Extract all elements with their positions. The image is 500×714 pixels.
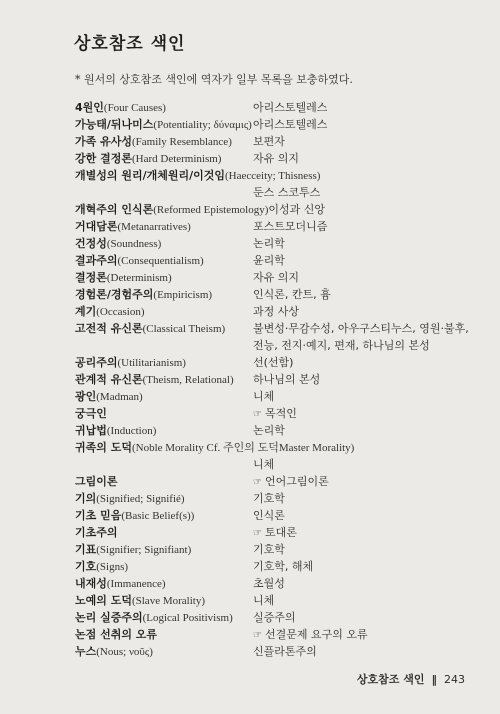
term-english: (Theism, Relational)	[143, 374, 234, 386]
index-row: 강한 결정론(Hard Determinism) 자유 의지	[75, 150, 470, 167]
footer-page-number: 243	[444, 673, 465, 686]
index-reference: 실증주의	[253, 609, 296, 626]
reference-text: 보편자	[253, 135, 285, 148]
index-term: 건정성(Soundness)	[75, 235, 253, 253]
cross-reference-arrow-icon: ☞	[253, 528, 262, 539]
index-reference: 윤리학	[253, 252, 285, 269]
term-english: (Empiricism)	[153, 289, 212, 301]
term-korean: 기초주의	[75, 526, 118, 539]
term-korean: 궁극인	[75, 407, 107, 420]
book-page: 상호참조 색인 * 원서의 상호참조 색인에 역자가 일부 목록을 보충하였다.…	[0, 0, 500, 714]
term-english: (Four Causes)	[104, 102, 166, 114]
page-footer: 상호참조 색인‖243	[357, 671, 465, 687]
index-row: 노예의 도덕(Slave Morality) 니체	[75, 592, 470, 609]
index-term: 논리 실증주의(Logical Positivism)	[75, 609, 253, 627]
index-reference: 이성과 신앙	[268, 201, 325, 218]
index-term: 내재성(Immanence)	[75, 575, 253, 593]
index-reference: 니체	[253, 592, 274, 609]
index-row: 내재성(Immanence) 초월성	[75, 575, 470, 592]
term-english: (Hard Determinism)	[132, 153, 222, 165]
term-korean: 내재성	[75, 577, 107, 590]
index-reference: 기호학	[253, 541, 285, 558]
index-reference: 인식론, 칸트, 흄	[253, 286, 331, 303]
index-term: 경험론/경험주의(Empiricism)	[75, 286, 253, 304]
index-row: 가능태/뒤나미스(Potentiality; δύναμις) 아리스토텔레스	[75, 116, 470, 133]
reference-text: 윤리학	[253, 254, 285, 267]
term-korean: 경험론/경험주의	[75, 288, 153, 301]
reference-text: 선(선함)	[253, 356, 293, 369]
reference-text: 초월성	[253, 577, 285, 590]
reference-text: 선결문제 요구의 오류	[265, 628, 368, 641]
term-korean: 논리 실증주의	[75, 611, 143, 624]
index-reference: ☞토대론	[253, 524, 297, 542]
reference-text: 니체	[253, 594, 274, 607]
index-reference: 자유 의지	[253, 269, 299, 286]
reference-text: 목적인	[265, 407, 297, 420]
term-english: (Noble Morality Cf. 주인의 도덕Master Moralit…	[132, 442, 354, 454]
term-korean: 계기	[75, 305, 96, 318]
index-term: 귀납법(Induction)	[75, 422, 253, 440]
term-korean: 관계적 유신론	[75, 373, 143, 386]
index-reference: 과정 사상	[253, 303, 299, 320]
term-korean: 강한 결정론	[75, 152, 132, 165]
index-term: 결과주의(Consequentialism)	[75, 252, 253, 270]
index-term: 관계적 유신론(Theism, Relational)	[75, 371, 253, 389]
index-row: 광인(Madman) 니체	[75, 388, 470, 405]
reference-text: 아리스토텔레스	[253, 118, 327, 131]
reference-text: 니체	[253, 390, 274, 403]
cross-reference-arrow-icon: ☞	[253, 477, 262, 488]
term-english: (Immanence)	[107, 578, 166, 590]
index-row: 논리 실증주의(Logical Positivism) 실증주의	[75, 609, 470, 626]
reference-text: 자유 의지	[253, 271, 299, 284]
index-row: 결과주의(Consequentialism) 윤리학	[75, 252, 470, 269]
index-reference: 논리학	[253, 235, 285, 252]
term-english: (Soundness)	[107, 238, 161, 250]
term-korean: 4원인	[75, 101, 104, 114]
index-reference: 초월성	[253, 575, 285, 592]
index-row: 기의(Signified; Signifié) 기호학	[75, 490, 470, 507]
index-row: 계기(Occasion) 과정 사상	[75, 303, 470, 320]
index-reference: 전능, 전지·예지, 편재, 하나님의 본성	[253, 337, 430, 354]
index-term: 광인(Madman)	[75, 388, 253, 406]
index-reference: 선(선함)	[253, 354, 293, 371]
reference-text: 실증주의	[253, 611, 296, 624]
index-reference: ☞언어그림이론	[253, 473, 329, 491]
index-term: 기초주의	[75, 524, 253, 542]
term-korean: 공리주의	[75, 356, 118, 369]
term-english: (Haecceity; Thisness)	[225, 170, 320, 182]
index-reference: ☞선결문제 요구의 오류	[253, 626, 368, 644]
reference-text: 포스트모더니즘	[253, 220, 327, 233]
index-term: 기표(Signifier; Signifiant)	[75, 541, 253, 559]
term-korean: 기초 믿음	[75, 509, 121, 522]
index-row: 개혁주의 인식론(Reformed Epistemology) 이성과 신앙	[75, 201, 470, 218]
index-reference: 하나님의 본성	[253, 371, 320, 388]
index-term: 기의(Signified; Signifié)	[75, 490, 253, 508]
index-row: 고전적 유신론(Classical Theism) 불변성·무감수성, 아우구스…	[75, 320, 470, 337]
cross-reference-arrow-icon: ☞	[253, 409, 262, 420]
reference-text: 이성과 신앙	[268, 203, 325, 216]
index-reference: 인식론	[253, 507, 285, 524]
term-english: (Utilitarianism)	[118, 357, 186, 369]
reference-text: 과정 사상	[253, 305, 299, 318]
index-row: 기호(Signs) 기호학, 해체	[75, 558, 470, 575]
reference-text: 인식론	[253, 509, 285, 522]
index-row: 건정성(Soundness) 논리학	[75, 235, 470, 252]
term-korean: 결과주의	[75, 254, 118, 267]
term-english: (Signifier; Signifiant)	[96, 544, 191, 556]
term-korean: 결정론	[75, 271, 107, 284]
index-term: 4원인(Four Causes)	[75, 99, 253, 117]
footer-section-label: 상호참조 색인	[357, 673, 425, 686]
reference-text: 논리학	[253, 424, 285, 437]
term-korean: 논점 선취의 오류	[75, 628, 157, 641]
cross-reference-index-list: 4원인(Four Causes) 아리스토텔레스 가능태/뒤나미스(Potent…	[75, 99, 470, 660]
index-term: 개별성의 원리/개체원리/이것임(Haecceity; Thisness)	[75, 167, 320, 185]
reference-text: 기호학	[253, 492, 285, 505]
reference-text: 기호학, 해체	[253, 560, 313, 573]
index-term: 그림이론	[75, 473, 253, 491]
reference-text: 신플라톤주의	[253, 645, 317, 658]
page-title: 상호참조 색인	[74, 29, 185, 54]
index-reference: 보편자	[253, 133, 285, 150]
term-korean: 그림이론	[75, 475, 118, 488]
term-english: (Potentiality; δύναμις)	[153, 119, 251, 131]
index-term: 거대담론(Metanarratives)	[75, 218, 253, 236]
term-english: (Signified; Signifié)	[96, 493, 184, 505]
term-korean: 노예의 도덕	[75, 594, 132, 607]
term-english: (Consequentialism)	[118, 255, 204, 267]
reference-text: 불변성·무감수성, 아우구스티누스, 영원·불후,	[253, 322, 469, 335]
index-row: 둔스 스코투스	[75, 184, 470, 201]
index-term: 계기(Occasion)	[75, 303, 253, 321]
term-english: (Logical Positivism)	[143, 612, 233, 624]
index-row: 개별성의 원리/개체원리/이것임(Haecceity; Thisness)	[75, 167, 470, 184]
index-row: 전능, 전지·예지, 편재, 하나님의 본성	[75, 337, 470, 354]
index-reference: 니체	[253, 388, 274, 405]
index-row: 거대담론(Metanarratives) 포스트모더니즘	[75, 218, 470, 235]
term-english: (Nous; νοῦς)	[96, 646, 153, 658]
term-korean: 개혁주의 인식론	[75, 203, 153, 216]
index-reference: 신플라톤주의	[253, 643, 317, 660]
index-term: 기초 믿음(Basic Belief(s))	[75, 507, 253, 525]
reference-text: 전능, 전지·예지, 편재, 하나님의 본성	[253, 339, 430, 352]
index-reference: 아리스토텔레스	[253, 116, 327, 133]
term-korean: 기표	[75, 543, 96, 556]
index-term: 논점 선취의 오류	[75, 626, 253, 644]
term-english: (Occasion)	[96, 306, 144, 318]
reference-text: 자유 의지	[253, 152, 299, 165]
term-english: (Madman)	[96, 391, 142, 403]
index-row: 경험론/경험주의(Empiricism) 인식론, 칸트, 흄	[75, 286, 470, 303]
term-korean: 귀족의 도덕	[75, 441, 132, 454]
index-term: 누스(Nous; νοῦς)	[75, 643, 253, 661]
index-row: 니체	[75, 456, 470, 473]
index-reference: 불변성·무감수성, 아우구스티누스, 영원·불후,	[253, 320, 469, 337]
term-korean: 가족 유사성	[75, 135, 132, 148]
term-korean: 거대담론	[75, 220, 118, 233]
reference-text: 기호학	[253, 543, 285, 556]
index-row: 관계적 유신론(Theism, Relational) 하나님의 본성	[75, 371, 470, 388]
term-korean: 건정성	[75, 237, 107, 250]
term-korean: 고전적 유신론	[75, 322, 143, 335]
term-korean: 광인	[75, 390, 96, 403]
index-row: 논점 선취의 오류 ☞선결문제 요구의 오류	[75, 626, 470, 643]
term-korean: 누스	[75, 645, 96, 658]
term-korean: 개별성의 원리/개체원리/이것임	[75, 169, 225, 182]
cross-reference-arrow-icon: ☞	[253, 630, 262, 641]
index-reference: 포스트모더니즘	[253, 218, 327, 235]
index-term: 가능태/뒤나미스(Potentiality; δύναμις)	[75, 116, 253, 134]
reference-text: 둔스 스코투스	[253, 186, 320, 199]
reference-text: 니체	[253, 458, 274, 471]
term-english: (Family Resemblance)	[132, 136, 232, 148]
footer-separator: ‖	[432, 673, 438, 686]
index-row: 귀족의 도덕(Noble Morality Cf. 주인의 도덕Master M…	[75, 439, 470, 456]
reference-text: 언어그림이론	[265, 475, 329, 488]
reference-text: 토대론	[265, 526, 297, 539]
reference-text: 아리스토텔레스	[253, 101, 327, 114]
index-term: 고전적 유신론(Classical Theism)	[75, 320, 253, 338]
index-term: 공리주의(Utilitarianism)	[75, 354, 253, 372]
term-korean: 기의	[75, 492, 96, 505]
reference-text: 하나님의 본성	[253, 373, 320, 386]
index-term: 기호(Signs)	[75, 558, 253, 576]
term-english: (Basic Belief(s))	[121, 510, 194, 522]
term-korean: 기호	[75, 560, 96, 573]
index-term: 강한 결정론(Hard Determinism)	[75, 150, 253, 168]
index-term: 노예의 도덕(Slave Morality)	[75, 592, 253, 610]
term-english: (Induction)	[107, 425, 156, 437]
index-row: 그림이론 ☞언어그림이론	[75, 473, 470, 490]
index-row: 귀납법(Induction) 논리학	[75, 422, 470, 439]
index-row: 기표(Signifier; Signifiant) 기호학	[75, 541, 470, 558]
index-row: 궁극인 ☞목적인	[75, 405, 470, 422]
index-term: 가족 유사성(Family Resemblance)	[75, 133, 253, 151]
index-term: 결정론(Determinism)	[75, 269, 253, 287]
index-row: 기초주의 ☞토대론	[75, 524, 470, 541]
term-english: (Classical Theism)	[143, 323, 226, 335]
term-korean: 귀납법	[75, 424, 107, 437]
reference-text: 논리학	[253, 237, 285, 250]
index-row: 누스(Nous; νοῦς) 신플라톤주의	[75, 643, 470, 660]
index-reference: ☞목적인	[253, 405, 297, 423]
index-term: 귀족의 도덕(Noble Morality Cf. 주인의 도덕Master M…	[75, 439, 354, 457]
index-reference: 니체	[253, 456, 274, 473]
index-reference: 아리스토텔레스	[253, 99, 327, 116]
index-reference: 기호학, 해체	[253, 558, 313, 575]
index-term: 궁극인	[75, 405, 253, 423]
index-reference: 자유 의지	[253, 150, 299, 167]
index-row: 결정론(Determinism) 자유 의지	[75, 269, 470, 286]
index-row: 기초 믿음(Basic Belief(s)) 인식론	[75, 507, 470, 524]
index-row: 4원인(Four Causes) 아리스토텔레스	[75, 99, 470, 116]
index-reference: 기호학	[253, 490, 285, 507]
term-korean: 가능태/뒤나미스	[75, 118, 153, 131]
reference-text: 인식론, 칸트, 흄	[253, 288, 331, 301]
term-english: (Signs)	[96, 561, 128, 573]
index-reference: 논리학	[253, 422, 285, 439]
index-term: 개혁주의 인식론(Reformed Epistemology)	[75, 201, 268, 219]
index-reference: 둔스 스코투스	[253, 184, 320, 201]
translator-note: * 원서의 상호참조 색인에 역자가 일부 목록을 보충하였다.	[75, 71, 353, 87]
term-english: (Metanarratives)	[118, 221, 191, 233]
term-english: (Slave Morality)	[132, 595, 205, 607]
term-english: (Determinism)	[107, 272, 172, 284]
index-row: 가족 유사성(Family Resemblance) 보편자	[75, 133, 470, 150]
term-english: (Reformed Epistemology)	[153, 204, 268, 216]
index-row: 공리주의(Utilitarianism) 선(선함)	[75, 354, 470, 371]
